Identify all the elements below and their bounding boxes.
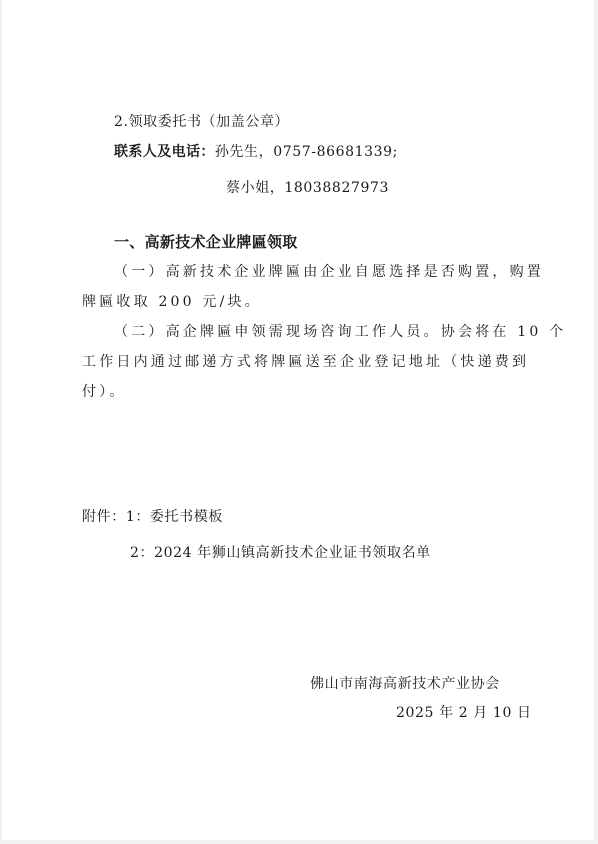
plaque-para2-line3: 付）。 xyxy=(82,383,127,401)
document-page: 2.领取委托书（加盖公章） 联系人及电话：孙先生，0757-86681339; … xyxy=(2,0,594,840)
contact-sun: 孙先生，0757-86681339; xyxy=(215,144,398,160)
attachment-line-1: 附件：1：委托书模板 xyxy=(82,508,223,526)
contact-label: 联系人及电话： xyxy=(114,144,215,160)
section-heading-plaque: 一、高新技术企业牌匾领取 xyxy=(114,233,298,251)
signature-organization: 佛山市南海高新技术产业协会 xyxy=(310,675,500,693)
attachment-item-1: 1：委托书模板 xyxy=(126,509,223,525)
plaque-para1-line1: （一）高新技术企业牌匾由企业自愿选择是否购置，购置 xyxy=(114,263,544,281)
contact-cai: 蔡小姐，18038827973 xyxy=(226,179,389,197)
plaque-para2-line2: 工作日内通过邮递方式将牌匾送至企业登记地址（快递费到 xyxy=(82,353,529,371)
plaque-para1-line2: 牌匾收取 200 元/块。 xyxy=(82,293,262,311)
attachment-label: 附件： xyxy=(82,509,126,525)
pickup-item-2: 2.领取委托书（加盖公章） xyxy=(114,113,289,131)
attachment-item-2: 2：2024 年狮山镇高新技术企业证书领取名单 xyxy=(130,544,431,562)
plaque-para2-line1: （二）高企牌匾申领需现场咨询工作人员。协会将在 10 个 xyxy=(114,323,566,341)
contact-line-1: 联系人及电话：孙先生，0757-86681339; xyxy=(114,143,398,161)
signature-date: 2025 年 2 月 10 日 xyxy=(396,704,532,722)
